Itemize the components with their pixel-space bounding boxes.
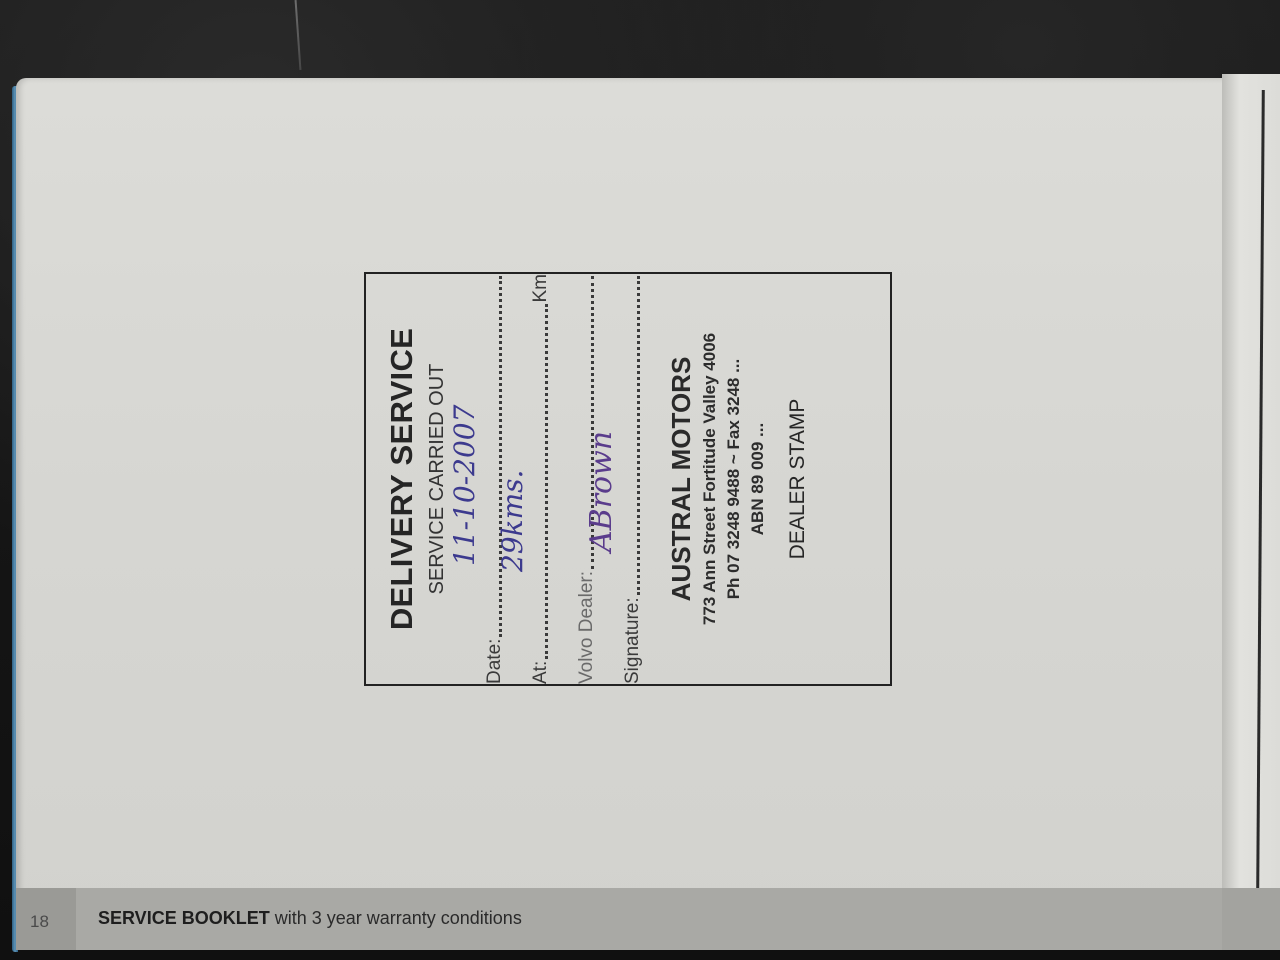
dealer-label: Volvo Dealer: <box>576 571 598 684</box>
dealer-stamp-label: DEALER STAMP <box>786 274 810 684</box>
page-number: 18 <box>30 912 49 932</box>
footer-title-bold: SERVICE BOOKLET <box>98 908 270 928</box>
dealer-name: AUSTRAL MOTORS <box>666 274 697 684</box>
footer-title: SERVICE BOOKLET with 3 year warranty con… <box>98 908 522 929</box>
at-dotted-line <box>544 305 548 659</box>
odometer-field: At: Km <box>530 274 552 684</box>
date-dotted-line <box>498 276 502 637</box>
dealer-abn: ABN 89 009 ... <box>748 274 768 684</box>
signature-field: Signature: <box>622 274 644 684</box>
dealer-phone-fax: Ph 07 3248 9488 ~ Fax 3248 ... <box>724 274 744 684</box>
dealer-address: 773 Ann Street Fortitude Valley 4006 <box>700 274 720 684</box>
box-subtitle: SERVICE CARRIED OUT <box>426 274 449 684</box>
signature-handwritten: ABrown <box>584 431 619 552</box>
date-handwritten: 11-10-2007 <box>448 405 481 566</box>
signature-label: Signature: <box>622 597 644 684</box>
facing-page-footer <box>1222 888 1280 950</box>
at-label: At: <box>530 661 552 684</box>
footer-title-rest: with 3 year warranty conditions <box>270 908 522 928</box>
delivery-service-box: DELIVERY SERVICE SERVICE CARRIED OUT Dat… <box>364 272 892 686</box>
km-unit: Km <box>530 274 552 303</box>
odometer-handwritten: 29kms. <box>496 470 529 572</box>
date-label: Date: <box>484 639 506 684</box>
delivery-service-content: DELIVERY SERVICE SERVICE CARRIED OUT Dat… <box>366 274 890 684</box>
booklet-gutter <box>1222 74 1280 950</box>
signature-dotted-line <box>636 276 640 595</box>
box-title: DELIVERY SERVICE <box>384 274 420 684</box>
